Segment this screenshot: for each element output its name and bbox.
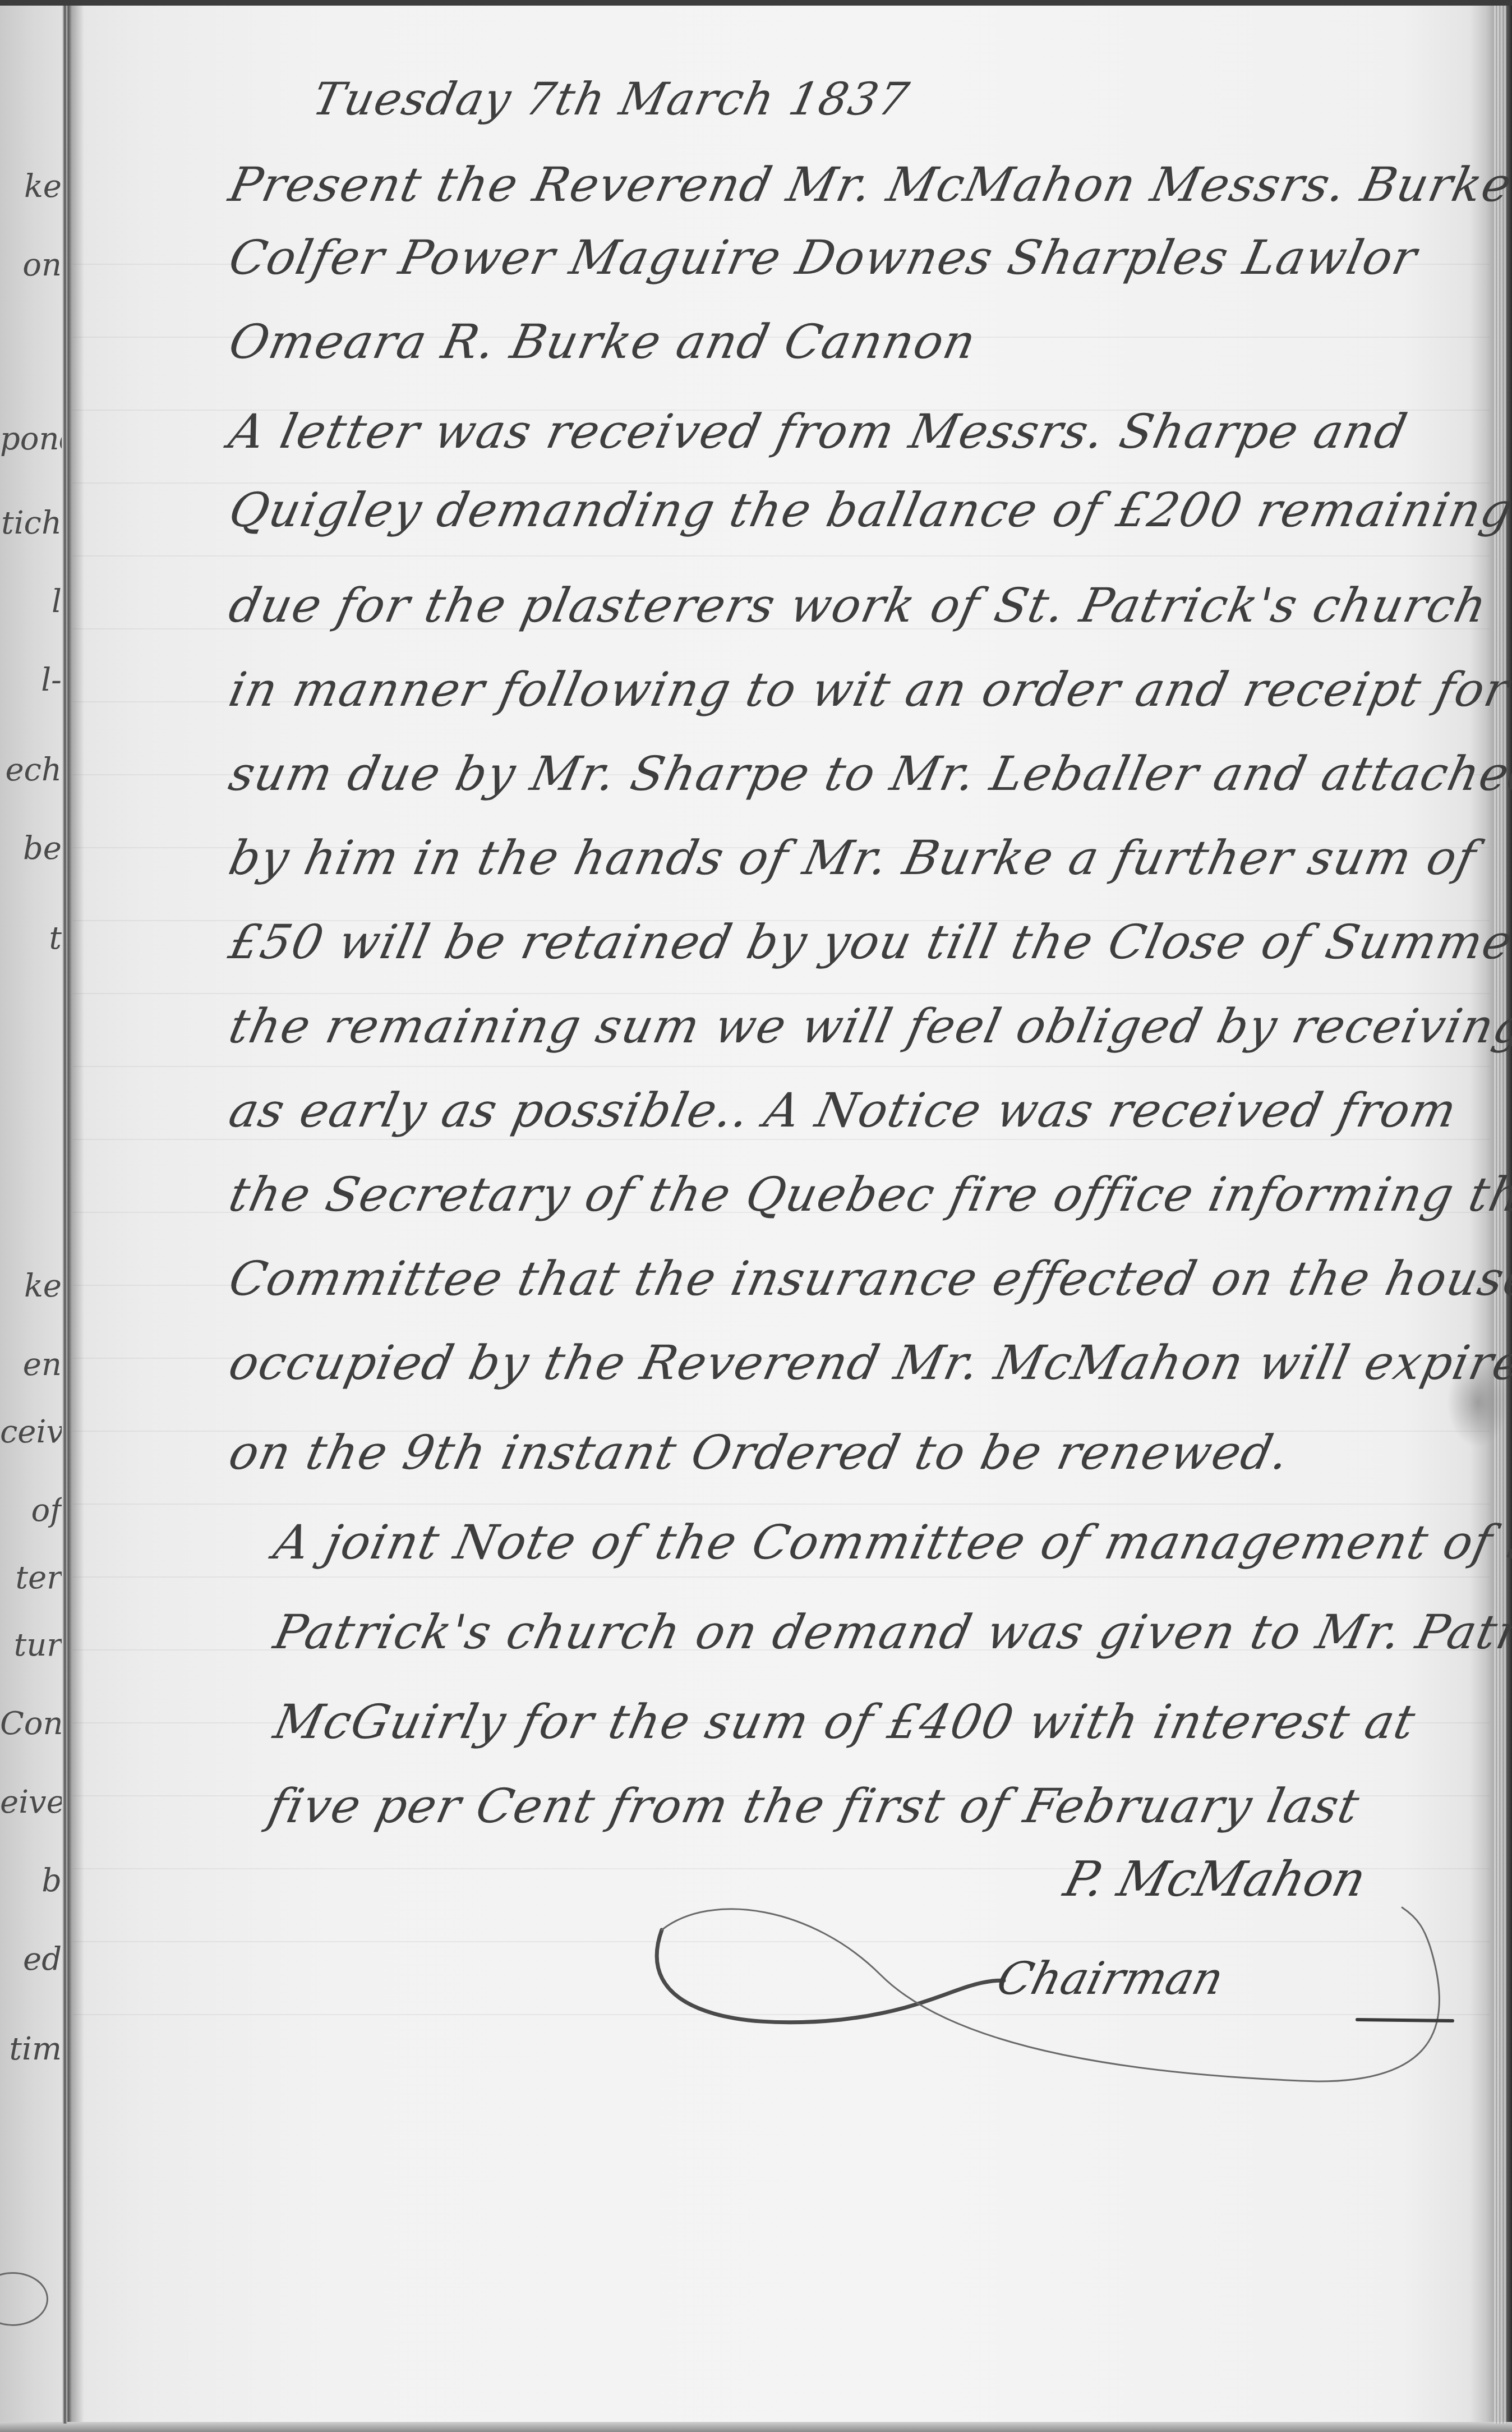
entry-line: Colfer Power Maguire Downes Sharples Law…: [224, 230, 1423, 285]
entry-line: A joint Note of the Committee of managem…: [269, 1515, 1512, 1570]
entry-line: sum due by Mr. Sharpe to Mr. Leballer an…: [224, 746, 1512, 801]
entry-line: Quigley demanding the ballance of £200 r…: [224, 482, 1512, 537]
entry-line: McGuirly for the sum of £400 with intere…: [269, 1694, 1421, 1749]
entry-line: Committee that the insurance effected on…: [224, 1251, 1512, 1306]
entry-line: in manner following to wit an order and …: [224, 662, 1512, 717]
entry-line: the Secretary of the Quebec fire office …: [224, 1167, 1512, 1222]
signature-title: Chairman: [992, 1952, 1229, 2005]
entry-line: occupied by the Reverend Mr. McMahon wil…: [224, 1335, 1512, 1390]
entry-line: due for the plasterers work of St. Patri…: [224, 578, 1492, 633]
entry-line: on the 9th instant Ordered to be renewed…: [224, 1425, 1295, 1480]
entry-line: as early as possible.. A Notice was rece…: [224, 1083, 1462, 1138]
entry-date: Tuesday 7th March 1837: [308, 73, 914, 125]
entry-line: £50 will be retained by you till the Clo…: [224, 914, 1512, 969]
entry-line: A letter was received from Messrs. Sharp…: [224, 404, 1413, 459]
entry-line: five per Cent from the first of February…: [264, 1778, 1365, 1833]
entry-line: Omeara R. Burke and Cannon: [224, 314, 981, 369]
entry-line: the remaining sum we will feel obliged b…: [224, 999, 1512, 1054]
manuscript-scan: ke on pond tich l l- ech be t ke en ceiv…: [0, 0, 1512, 2432]
entry-line: Present the Reverend Mr. McMahon Messrs.…: [224, 157, 1512, 212]
entry-line: by him in the hands of Mr. Burke a furth…: [224, 830, 1482, 885]
entry-line: Patrick's church on demand was given to …: [269, 1605, 1512, 1659]
